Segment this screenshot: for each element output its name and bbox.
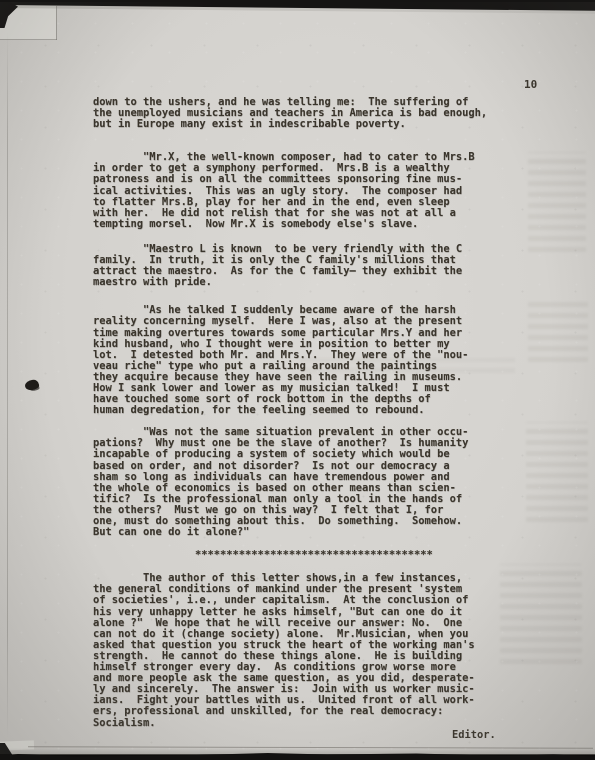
paragraph-continuation: down to the ushers, and he was telling m… [93, 97, 513, 130]
bleed-through-mark [528, 152, 586, 252]
letter-text: down to the ushers, and he was telling m… [93, 97, 513, 729]
under-sheet-edge [56, 6, 57, 40]
page-left-edge [7, 32, 8, 738]
scanned-document-page: 10 down to the ushers, and he was tellin… [0, 0, 595, 760]
paragraph-questions: "Was not the same situation prevalent in… [93, 427, 513, 538]
ink-blot [24, 379, 39, 391]
page-number: 10 [524, 78, 537, 91]
bleed-through-mark [526, 422, 588, 522]
under-sheet-edge [0, 39, 57, 40]
editor-signature: Editor. [452, 729, 496, 741]
paragraph-mr-x: "Mr.X, the well-known composer, had to c… [93, 152, 513, 230]
paper-sheet: 10 down to the ushers, and he was tellin… [0, 2, 595, 754]
paragraph-maestro-l: "Maestro L is known to be very friendly … [93, 244, 513, 288]
bleed-through-mark [528, 300, 588, 362]
paragraph-editor-reply: The author of this letter shows,in a few… [93, 573, 513, 728]
asterisk-separator: ************************************** [195, 550, 513, 561]
paragraph-harsh-reality: "As he talked I suddenly became aware of… [93, 305, 513, 416]
